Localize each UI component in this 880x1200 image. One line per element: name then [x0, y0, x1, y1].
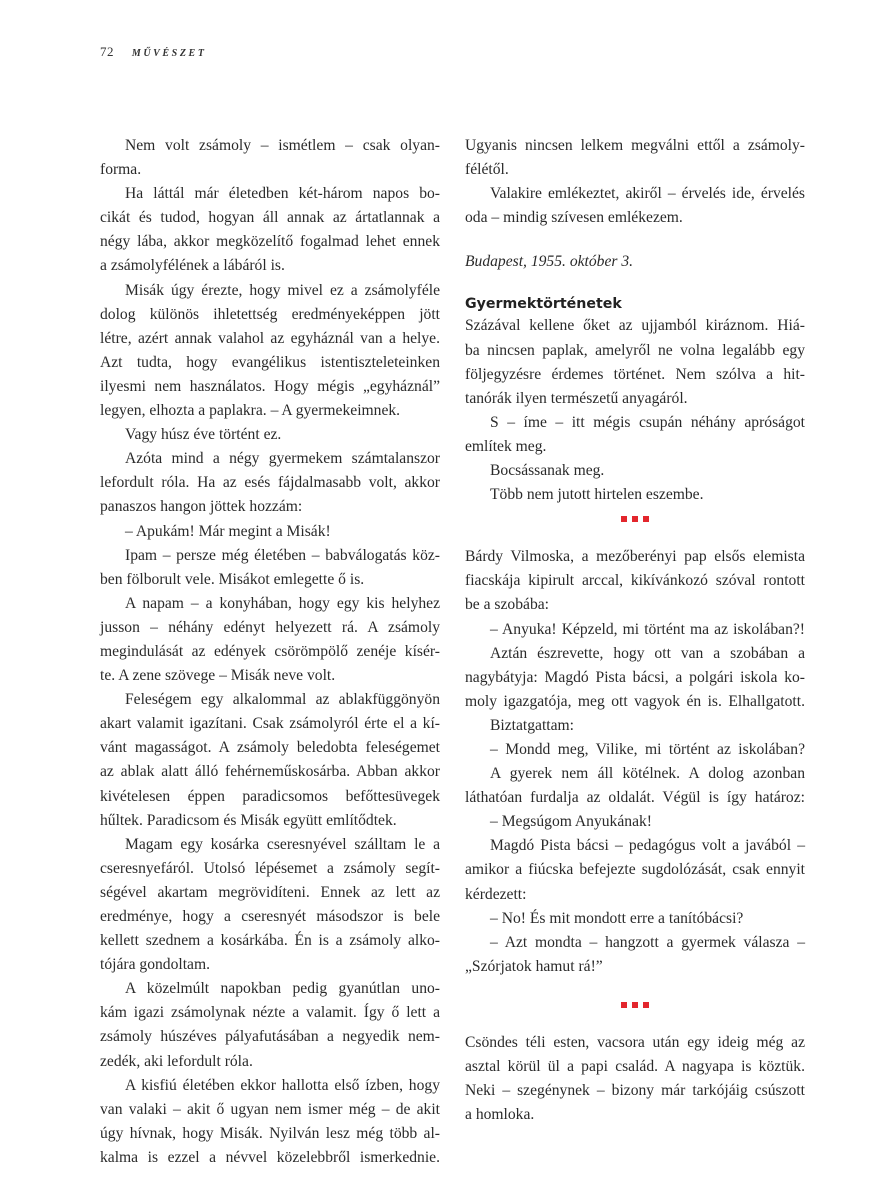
text-line: Valakire emlékeztet, akiről – érvelés id… [465, 182, 805, 206]
divider-square-icon [632, 1002, 638, 1008]
section-divider [465, 993, 805, 1017]
text-line: kalma is ezzel a névvel közelebbről isme… [100, 1146, 440, 1170]
text-line: ben fölborult vele. Misákot emlegette ő … [100, 568, 440, 592]
text-line: eredménye, hogy a cseresnyét másodszor i… [100, 905, 440, 929]
text-line: Ha láttál már életedben két-három napos … [100, 182, 440, 206]
spacer [465, 230, 805, 250]
text-line: tójára gondoltam. [100, 953, 440, 977]
left-column-text: Nem volt zsámoly – ismétlem – csak olyan… [100, 134, 440, 1170]
dateline: Budapest, 1955. október 3. [465, 250, 805, 274]
text-line: te. A zene szövege – Misák neve volt. [100, 664, 440, 688]
text-line: létre, azért annak valahol az egyháznál … [100, 327, 440, 351]
text-line: Vagy húsz éve történt ez. [100, 423, 440, 447]
text-line: A közelmúlt napokban pedig gyanútlan uno… [100, 977, 440, 1001]
section-heading: Gyermektörténetek [465, 294, 805, 314]
text-line: – Anyuka! Képzeld, mi történt ma az isko… [465, 618, 805, 642]
text-line: – No! És mit mondott erre a tanítóbácsi? [465, 907, 805, 931]
spacer [465, 979, 805, 993]
text-line: említek meg. [465, 435, 805, 459]
text-line: Feleségem egy alkalommal az ablakfüggöny… [100, 688, 440, 712]
text-line: tanórák ilyen természetű anyagáról. [465, 387, 805, 411]
spacer [465, 1017, 805, 1031]
text-line: dolog különös ihletettség eredményeképpe… [100, 303, 440, 327]
closing-paragraphs: Ugyanis nincsen lelkem megválni ettől a … [465, 134, 805, 230]
page-number: 72 [100, 44, 114, 59]
text-line: oda – mindig szívesen emlékezem. [465, 206, 805, 230]
text-line: Ipam – persze még életében – babválogatá… [100, 544, 440, 568]
text-line: van valaki – akit ő ugyan nem ismer még … [100, 1098, 440, 1122]
text-line: Ugyanis nincsen lelkem megválni ettől a … [465, 134, 805, 158]
text-line: Bárdy Vilmoska, a mezőberényi pap elsős … [465, 545, 805, 569]
text-line: hűltek. Paradicsom és Misák együtt említ… [100, 809, 440, 833]
text-line: zedék, aki lefordult róla. [100, 1050, 440, 1074]
text-line: megindulását az edények csörömpölő zenéj… [100, 640, 440, 664]
text-line: a homloka. [465, 1103, 805, 1127]
text-line: moly igazgatója, meg ott vagyok én is. E… [465, 690, 805, 714]
text-line: lefordult róla. Ha az esés fájdalmasabb … [100, 471, 440, 495]
story-intro: Százával kellene őket az ujjamból kirázn… [465, 314, 805, 507]
divider-square-icon [643, 1002, 649, 1008]
text-line: kivételesen éppen paradicsomos befőttesü… [100, 785, 440, 809]
text-line: Biztatgattam: [465, 714, 805, 738]
text-line: ba nincsen paplak, amelyről ne volna leg… [465, 339, 805, 363]
text-line: négy lába, akkor megközelítő fogalmad le… [100, 230, 440, 254]
text-line: följegyzésre érdemes történet. Nem szólv… [465, 363, 805, 387]
text-line: nagybátyja: Magdó Pista bácsi, a polgári… [465, 666, 805, 690]
right-column: Ugyanis nincsen lelkem megválni ettől a … [465, 134, 805, 1127]
text-line: A gyerek nem áll kötélnek. A dolog azonb… [465, 762, 805, 786]
text-line: – Apukám! Már megint a Misák! [100, 520, 440, 544]
section-title: MŰVÉSZET [132, 48, 207, 59]
text-line: kám igazi zsámolynak nézte a valamit. Íg… [100, 1001, 440, 1025]
text-line: a zsámolyfélének a lábáról is. [100, 254, 440, 278]
text-line: legyen, elhozta a paplakra. – A gyermeke… [100, 399, 440, 423]
text-line: – Mondd meg, Vilike, mi történt az iskol… [465, 738, 805, 762]
text-line: amikor a fiúcska befejezte sugdolózását,… [465, 858, 805, 882]
text-line: az ablak alatt álló fehérneműskosárba. A… [100, 760, 440, 784]
text-line: Misák úgy érezte, hogy mivel ez a zsámol… [100, 279, 440, 303]
text-line: jusson – néhány edényt helyezett rá. A z… [100, 616, 440, 640]
story-vilmoska: Bárdy Vilmoska, a mezőberényi pap elsős … [465, 545, 805, 979]
text-line: Azt tudta, hogy evangélikus istentisztel… [100, 351, 440, 375]
text-line: – Azt mondta – hangzott a gyermek válasz… [465, 931, 805, 955]
text-line: ilyesmi nem használatos. Hogy mégis „egy… [100, 375, 440, 399]
spacer [465, 531, 805, 545]
divider-square-icon [621, 1002, 627, 1008]
text-line: Aztán észrevette, hogy ott van a szobába… [465, 642, 805, 666]
text-line: – Megsúgom Anyukának! [465, 810, 805, 834]
text-line: Magam egy kosárka cseresnyével szálltam … [100, 833, 440, 857]
running-head: 72 MŰVÉSZET [100, 44, 207, 60]
text-line: fiacskája kipirult arccal, kikívánkozó s… [465, 569, 805, 593]
text-line: akart valamit igazítani. Csak zsámolyról… [100, 712, 440, 736]
text-line: láthatóan furdalja az oldalát. Végül is … [465, 786, 805, 810]
text-line: S – íme – itt mégis csupán néhány aprósá… [465, 411, 805, 435]
text-line: A kisfiú életében ekkor hallotta első íz… [100, 1074, 440, 1098]
text-line: Több nem jutott hirtelen eszembe. [465, 483, 805, 507]
text-line: kellett szednem a kosárkába. Én is a zsá… [100, 929, 440, 953]
spacer [465, 274, 805, 294]
divider-square-icon [632, 516, 638, 522]
text-line: A napam – a konyhában, hogy egy kis hely… [100, 592, 440, 616]
left-column: Nem volt zsámoly – ismétlem – csak olyan… [100, 134, 440, 1170]
text-line: cseresnyefáról. Utolsó lépésemet a zsámo… [100, 857, 440, 881]
text-line: Bocsássanak meg. [465, 459, 805, 483]
text-line: úgy hívnak, hogy Misák. Nyilván lesz még… [100, 1122, 440, 1146]
divider-square-icon [621, 516, 627, 522]
text-line: Azóta mind a négy gyermekem számtalanszo… [100, 447, 440, 471]
text-line: Nem volt zsámoly – ismétlem – csak olyan… [100, 134, 440, 158]
text-line: Százával kellene őket az ujjamból kirázn… [465, 314, 805, 338]
story-winter-evening: Csöndes téli esten, vacsora után egy ide… [465, 1031, 805, 1127]
text-line: panaszos hangon jöttek hozzám: [100, 495, 440, 519]
text-line: forma. [100, 158, 440, 182]
text-line: vánt magasságot. A zsámoly beledobta fel… [100, 736, 440, 760]
text-line: be a szobába: [465, 593, 805, 617]
text-line: „Szórjatok hamut rá!” [465, 955, 805, 979]
text-line: kérdezett: [465, 883, 805, 907]
text-line: ségével akartam megrövidíteni. Ennek az … [100, 881, 440, 905]
text-line: félétől. [465, 158, 805, 182]
divider-square-icon [643, 516, 649, 522]
text-line: asztal körül ül a papi család. A nagyapa… [465, 1055, 805, 1079]
section-divider [465, 507, 805, 531]
text-line: Neki – szegénynek – bizony már tarkójáig… [465, 1079, 805, 1103]
text-line: zsámoly húszéves pályafutásában a negyed… [100, 1025, 440, 1049]
text-line: Csöndes téli esten, vacsora után egy ide… [465, 1031, 805, 1055]
text-line: Magdó Pista bácsi – pedagógus volt a jav… [465, 834, 805, 858]
text-line: cikát és tudod, hogyan áll annak az árta… [100, 206, 440, 230]
